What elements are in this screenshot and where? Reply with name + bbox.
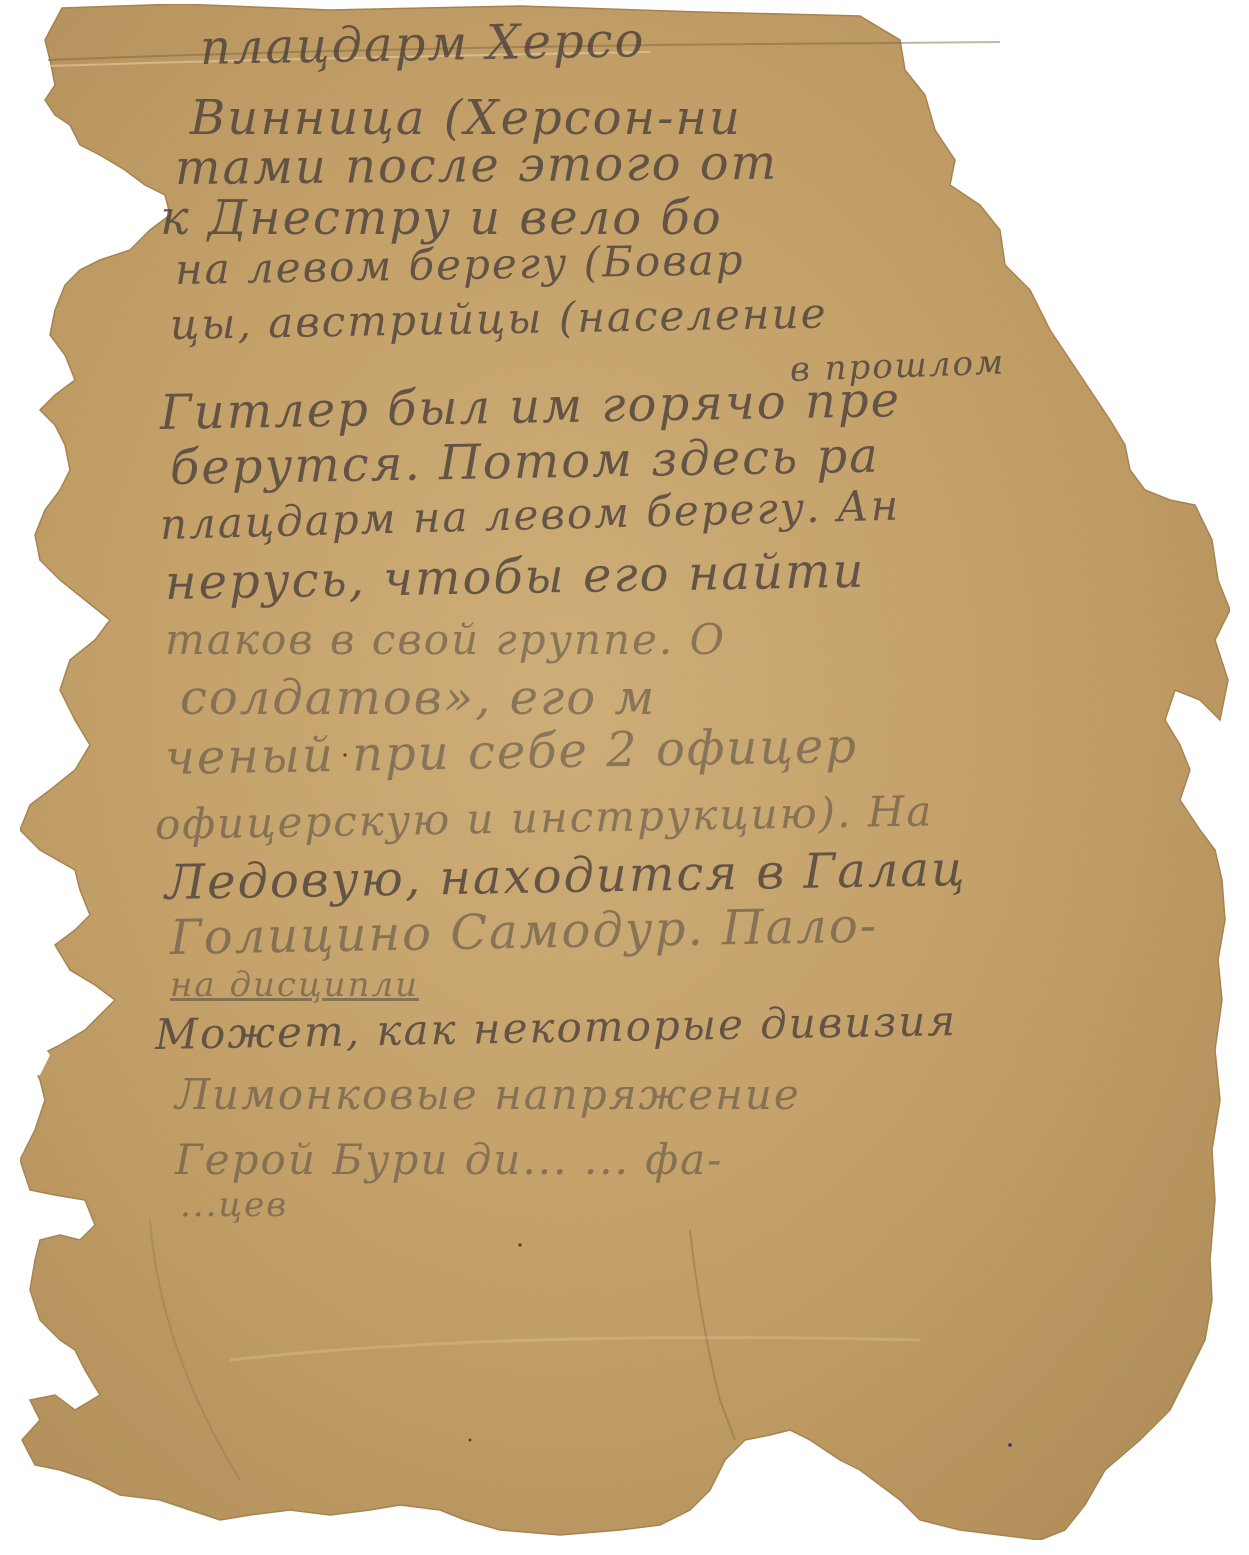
paper-body — [20, 4, 1230, 1540]
document-scan: плацдарм Херсо Винница (Херсон-ни тами п… — [0, 0, 1249, 1555]
torn-paper-sheet — [0, 0, 1249, 1555]
